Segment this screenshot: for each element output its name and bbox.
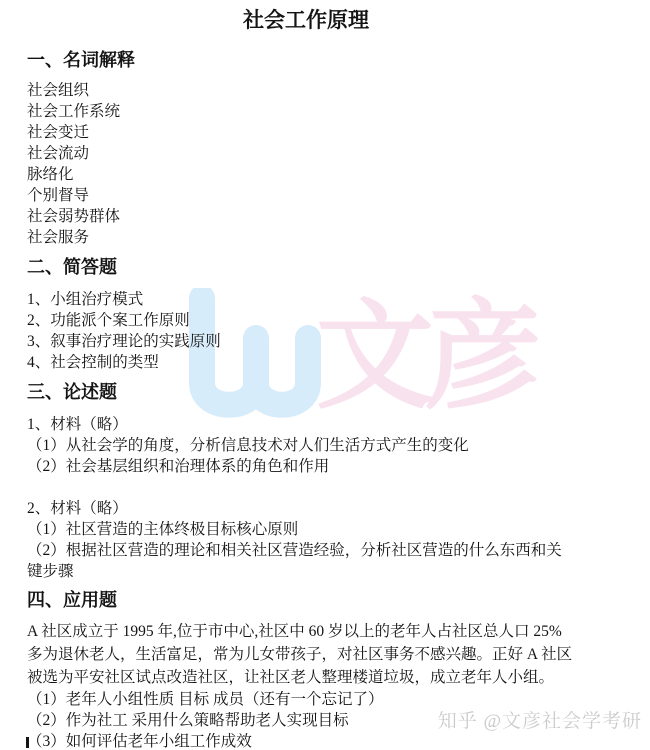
term-item: 社会工作系统 (27, 101, 640, 122)
essay-item: 2、材料（略） (27, 498, 640, 519)
question-item: 1、小组治疗模式 (27, 289, 640, 310)
term-item: 社会组织 (27, 80, 640, 101)
question-item: 2、功能派个案工作原则 (27, 310, 640, 331)
page-title: 社会工作原理 (27, 8, 585, 32)
document-content: 社会工作原理 一、名词解释 社会组织 社会工作系统 社会变迁 社会流动 脉络化 … (0, 0, 650, 750)
application-item: （1）老年人小组性质 目标 成员（还有一个忘记了） (27, 689, 640, 710)
term-item: 社会服务 (27, 227, 640, 248)
case-paragraph-line: 多为退休老人，生活富足，常为儿女带孩子，对社区事务不感兴趣。正好 A 社区 (27, 643, 640, 666)
section-heading-application: 四、应用题 (27, 590, 640, 610)
document-page: 文彦 社会工作原理 一、名词解释 社会组织 社会工作系统 社会变迁 社会流动 脉… (0, 0, 650, 750)
section-heading-terms: 一、名词解释 (27, 50, 640, 70)
text-cursor (26, 737, 29, 748)
term-item: 社会流动 (27, 143, 640, 164)
zhihu-attribution: 知乎 @文彦社会学考研 (438, 711, 642, 733)
section-heading-short-answer: 二、简答题 (27, 257, 640, 277)
section-heading-essay: 三、论述题 (27, 382, 640, 402)
essay-item: （2）社会基层组织和治理体系的角色和作用 (27, 456, 640, 477)
question-item: 3、叙事治疗理论的实践原则 (27, 331, 640, 352)
term-item: 社会变迁 (27, 122, 640, 143)
term-item: 社会弱势群体 (27, 206, 640, 227)
essay-item: （2）根据社区营造的理论和相关社区营造经验，分析社区营造的什么东西和关 (27, 540, 640, 561)
term-item: 脉络化 (27, 164, 640, 185)
application-item: （3）如何评估老年小组工作成效 (27, 731, 640, 750)
essay-item: （1）从社会学的角度，分析信息技术对人们生活方式产生的变化 (27, 435, 640, 456)
case-paragraph-line: A 社区成立于 1995 年,位于市中心,社区中 60 岁以上的老年人占社区总人… (27, 620, 640, 643)
question-item: 4、社会控制的类型 (27, 352, 640, 373)
essay-item: 1、材料（略） (27, 414, 640, 435)
case-paragraph-line: 被选为平安社区试点改造社区，让社区老人整理楼道垃圾，成立老年人小组。 (27, 666, 640, 689)
term-item: 个别督导 (27, 185, 640, 206)
essay-item: （1）社区营造的主体终极目标核心原则 (27, 519, 640, 540)
essay-item: 键步骤 (27, 561, 640, 582)
